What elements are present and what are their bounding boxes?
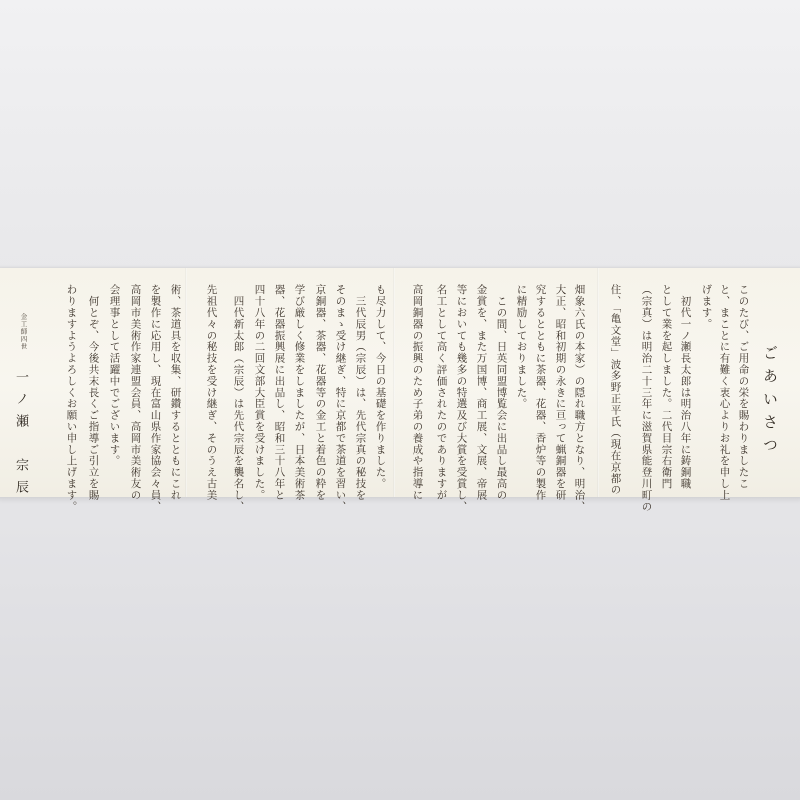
text-column: 学び厳しく修業をしましたが、日本美術茶 <box>294 284 305 501</box>
text-column: この間、日英同盟博覧会に出品し最高の <box>496 284 507 501</box>
text-column: 住、「亀文堂」波多野正平氏（現在京都の <box>610 284 621 495</box>
text-column: 初代一ノ瀬長太郎は明治八年に鋳銅職 <box>680 284 691 489</box>
text-column: 先祖代々の秘技を受け継ぎ、そのうえ古美 <box>206 284 217 501</box>
text-column: 高岡市美術作家連盟会員、高岡市美術友の <box>130 284 141 501</box>
text-column: 畑象六氏の本家）の隠れ職方となり、明治、 <box>574 284 585 512</box>
text-column: 術、茶道具を収集、研鑽するとともにこれ <box>170 284 181 501</box>
signature-title: 金工師四世 <box>20 313 27 351</box>
text-column: 大正、昭和初期の永きに亘って蝋銅器を研 <box>555 284 566 501</box>
fold-line <box>185 268 187 497</box>
text-column: を製作に応用し、現在富山県作家協会々員、 <box>150 284 161 512</box>
text-column: 三代辰男（宗辰）は、先代宗真の秘技を <box>355 284 366 501</box>
text-column: 何とぞ、今後共末長くご指導ご引立を賜 <box>88 284 99 501</box>
text-column: 器、花器振興展に出品し、昭和三十八年と <box>274 284 285 501</box>
text-column: （宗真）は明治二十三年に滋賀県能登川町の <box>641 284 652 512</box>
text-column: 金賞を、また万国博、商工展、文展、帝展 <box>476 284 487 501</box>
text-column: と、まことに有難く衷心よりお礼を申し上 <box>719 284 730 501</box>
text-column: このたび、ご用命の栄を賜わりましたこ <box>738 284 749 489</box>
text-column: 名工として高く評価されたのでありますが <box>436 284 447 501</box>
text-column: わりますようよろしくお願い申し上げます。 <box>66 284 77 512</box>
text-column: 四十八年の二回文部大臣賞を受けました。 <box>254 284 265 501</box>
signature-name: 一ノ瀬 宗辰 <box>14 370 27 502</box>
text-column: 会理事として活躍中でございます。 <box>109 284 120 466</box>
text-column: 京銅器、茶器、花器等の金工と着色の粋を <box>315 284 326 501</box>
text-column: 四代新太郎（宗辰）は先代宗辰を襲名し、 <box>233 284 244 512</box>
text-column: に精励しておりました。 <box>516 284 527 409</box>
text-column: そのまゝ受け継ぎ、特に京都で茶道を習い、 <box>335 284 346 512</box>
text-column: 等においても幾多の特選及び大賞を受賞し、 <box>456 284 467 512</box>
fold-line <box>393 268 395 497</box>
leaflet-title: ごあいさつ <box>762 345 777 460</box>
text-column: 究するとともに茶器、花器、香炉等の製作 <box>535 284 546 501</box>
text-column: 高岡銅器の振興のため子弟の養成や指導に <box>412 284 423 501</box>
text-column: げます。 <box>701 284 712 330</box>
fold-line <box>597 268 599 497</box>
text-column: も尽力して、今日の基礎を作りました。 <box>375 284 386 489</box>
text-column: として業を起しました。二代目宗右衛門 <box>661 284 672 489</box>
